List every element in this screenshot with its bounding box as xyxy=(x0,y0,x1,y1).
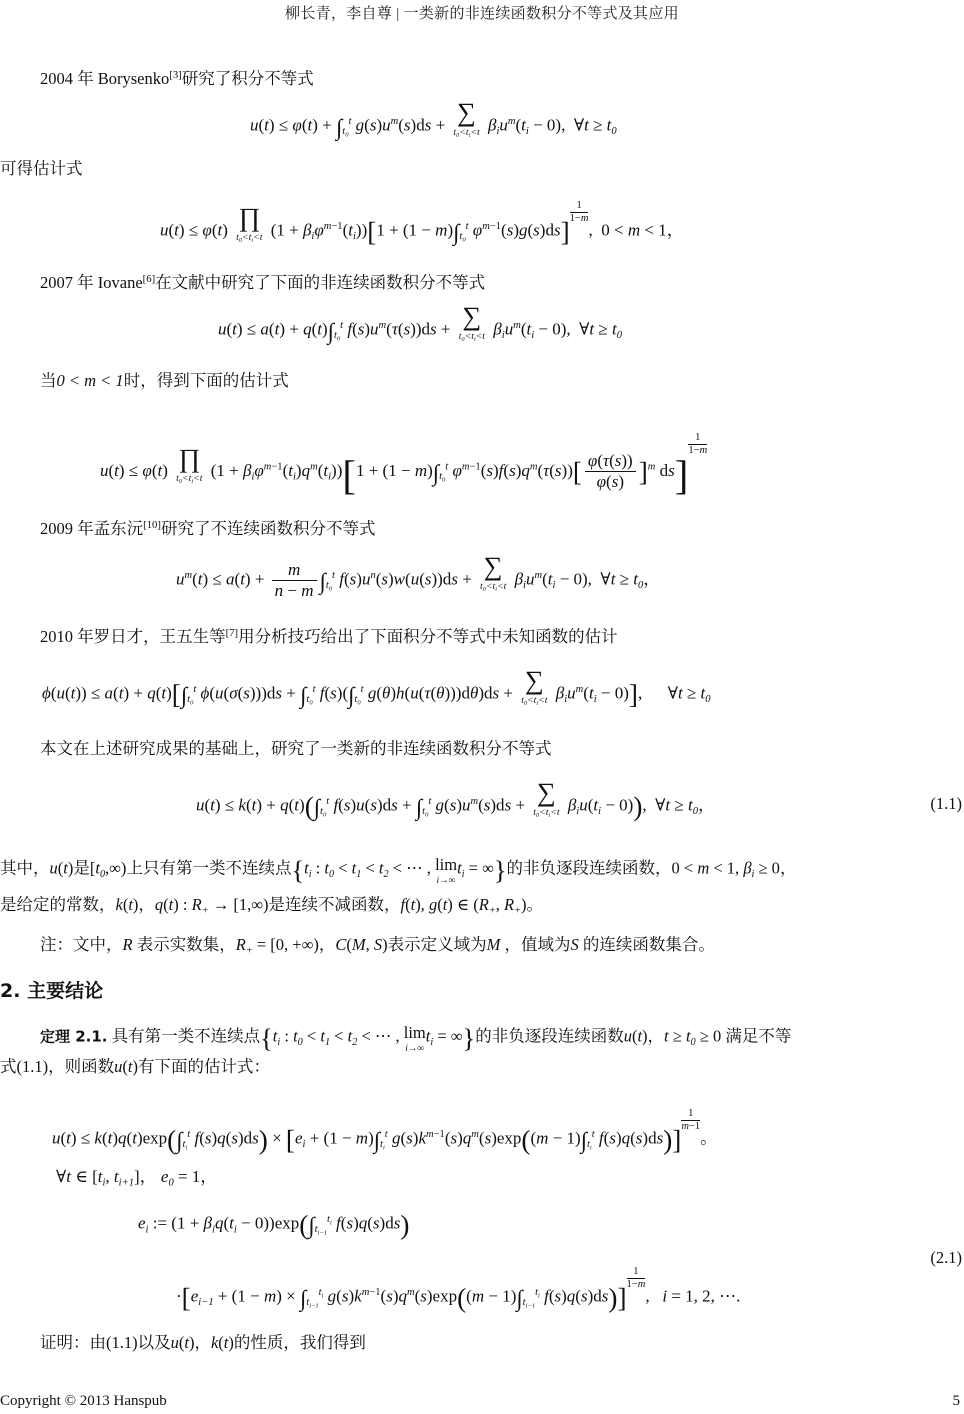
equation-interval: ∀t ∈ [ti, ti+1]， e0 = 1， xyxy=(56,1162,217,1189)
paragraph-text: 具有第一类不连续点 xyxy=(112,1027,261,1046)
paragraph-where: 其中，u(t)是[t0,∞)上只有第一类不连续点{ti : t0 < t1 < … xyxy=(0,854,796,886)
paragraph-text: 证明：由(1.1)以及 xyxy=(40,1333,171,1352)
equation-borysenko-estimate: u(t) ≤ φ(t) ∏t0<ti<t (1 + βiφm−1(ti))[1 … xyxy=(160,200,684,248)
equation-iovane: u(t) ≤ a(t) + q(t)∫t0t f(s)um(τ(s))ds + … xyxy=(218,304,622,345)
paragraph-text: 满足不等 xyxy=(725,1027,791,1046)
paragraph-text: 其中， xyxy=(0,859,50,878)
paragraph-text: ， xyxy=(319,935,336,954)
paragraph-iovane: 2007 年 Iovane[6]在文献中研究了下面的非连续函数积分不等式 xyxy=(40,268,485,294)
paragraph-text: 的非负逐段连续函数 xyxy=(475,1027,624,1046)
paragraph-this-paper: 本文在上述研究成果的基础上，研究了一类新的非连续函数积分不等式 xyxy=(40,738,552,760)
paragraph-luo-wang: 2010 年罗日才，王五生等[7]用分析技巧给出了下面积分不等式中未知函数的估计 xyxy=(40,622,618,648)
running-header: 柳长青，李自尊 | 一类新的非连续函数积分不等式及其应用 xyxy=(0,2,964,23)
inline-math: 0 < m < 1 xyxy=(57,371,124,390)
citation-link[interactable]: [3] xyxy=(169,69,182,81)
paragraph-text: 有下面的估计式： xyxy=(138,1057,270,1076)
paragraph-text: 2004 年 Borysenko xyxy=(40,69,169,88)
paragraph-constants: 是给定的常数，k(t)，q(t) : R+ → [1,∞)是连续不减函数，f(t… xyxy=(0,894,543,923)
paragraph-borysenko: 2004 年 Borysenko[3]研究了积分不等式 xyxy=(40,64,314,90)
proof-intro: 证明：由(1.1)以及u(t)，k(t)的性质，我们得到 xyxy=(40,1332,366,1354)
paragraph-text: ， xyxy=(648,1027,665,1046)
paragraph-text: ， xyxy=(780,859,797,878)
paragraph-text: ， xyxy=(138,895,155,914)
paragraph-text: 2010 年罗日才，王五生等 xyxy=(40,627,226,646)
citation-link[interactable]: [6] xyxy=(143,273,156,285)
paragraph-text: ， xyxy=(194,1333,211,1352)
paragraph-text: 是 xyxy=(73,859,90,878)
paragraph-text: 在文献中研究了下面的非连续函数积分不等式 xyxy=(155,273,485,292)
paragraph-text: ，值域为 xyxy=(504,935,570,954)
equation-ei-definition: ei := (1 + βiq(ti − 0))exp(∫ti−1ti f(s)q… xyxy=(138,1210,409,1241)
equation-theorem-estimate: u(t) ≤ k(t)q(t)exp(∫tit f(s)q(s)ds) × [e… xyxy=(52,1108,717,1156)
paragraph-text: 的非负逐段连续函数， xyxy=(507,859,672,878)
paragraph-text: 的性质，我们得到 xyxy=(234,1333,366,1352)
copyright-footer: Copyright © 2013 Hanspub xyxy=(0,1393,167,1410)
paragraph-text: 是给定的常数， xyxy=(0,895,116,914)
paragraph-text: 是连续不减函数， xyxy=(269,895,401,914)
paragraph-text: 注：文中， xyxy=(40,935,123,954)
paragraph-text: 2009 年孟东沅 xyxy=(40,519,143,538)
theorem-label: 定理 2.1. xyxy=(40,1028,108,1046)
theorem-statement: 定理 2.1. 具有第一类不连续点{ti : t0 < t1 < t2 < ⋯ … xyxy=(40,1022,791,1054)
equation-number-1-1: (1.1) xyxy=(930,794,962,814)
equation-luo-wang: ϕ(u(t)) ≤ a(t) + q(t)[∫t0t ϕ(u(σ(s)))ds … xyxy=(42,668,711,711)
paragraph-text: 的连续函数集合。 xyxy=(583,935,715,954)
paragraph-meng: 2009 年孟东沅[10]研究了不连续函数积分不等式 xyxy=(40,514,375,540)
section-title: 主要结论 xyxy=(27,980,103,1002)
citation-link[interactable]: [7] xyxy=(226,627,239,639)
theorem-statement-cont: 式(1.1)，则函数u(t)有下面的估计式： xyxy=(0,1056,270,1078)
paragraph-text: 当 xyxy=(40,371,57,390)
paragraph-iovane-estimate-intro: 当0 < m < 1时，得到下面的估计式 xyxy=(40,370,289,392)
citation-link[interactable]: [10] xyxy=(143,519,161,531)
equation-1-1: u(t) ≤ k(t) + q(t)(∫t0t f(s)u(s)ds + ∫t0… xyxy=(196,780,715,823)
paragraph-text: 。 xyxy=(526,895,543,914)
paragraph-text: 上只有第一类不连续点 xyxy=(126,859,291,878)
paragraph-text: 2007 年 Iovane xyxy=(40,273,143,292)
equation-iovane-estimate: u(t) ≤ φ(t) ∏t0<ti<t (1 + βiφm−1(ti)qm(t… xyxy=(100,432,707,492)
equation-number-2-1: (2.1) xyxy=(930,1248,962,1268)
paragraph-text: 表示实数集， xyxy=(137,935,236,954)
paragraph-text: 研究了积分不等式 xyxy=(182,69,314,88)
paragraph-note: 注：文中，R 表示实数集，R+ = [0, +∞)，C(M, S)表示定义域为M… xyxy=(40,934,715,963)
equation-ei-definition-cont: ·[ei−1 + (1 − m) × ∫ti−1ti g(s)km−1(s)qm… xyxy=(176,1266,740,1314)
paragraph-text: 时，得到下面的估计式 xyxy=(124,371,289,390)
section-heading: 2. 主要结论 xyxy=(0,976,103,1003)
equation-meng: um(t) ≤ a(t) + mn − m∫t0t f(s)un(s)w(u(s… xyxy=(176,554,660,601)
paragraph-estimate-intro: 可得估计式 xyxy=(0,158,83,180)
paragraph-text: 用分析技巧给出了下面积分不等式中未知函数的估计 xyxy=(238,627,618,646)
paragraph-text: 表示定义域为 xyxy=(388,935,487,954)
section-number: 2. xyxy=(0,980,20,1002)
equation-borysenko: u(t) ≤ φ(t) + ∫t0t g(s)um(s)ds + ∑t0<ti<… xyxy=(250,100,617,141)
page-number: 5 xyxy=(953,1393,961,1410)
paragraph-text: 研究了不连续函数积分不等式 xyxy=(161,519,376,538)
paragraph-text: 式(1.1)，则函数 xyxy=(0,1057,114,1076)
